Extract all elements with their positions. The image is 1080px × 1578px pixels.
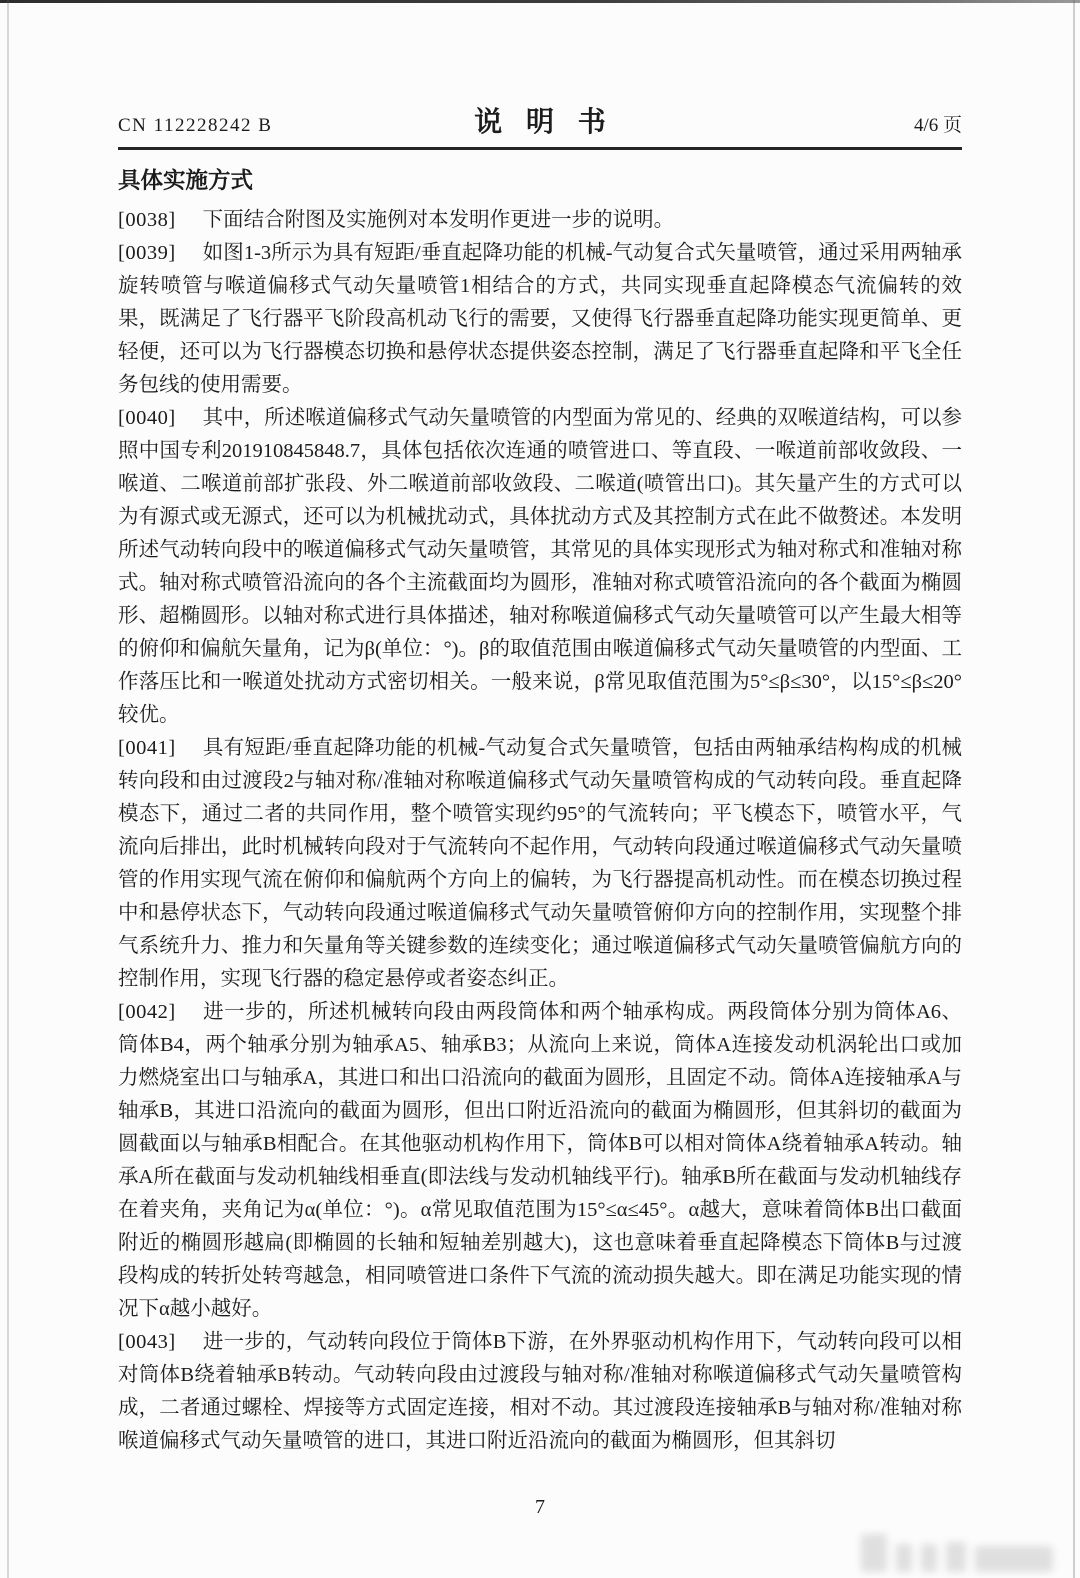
- paragraph-number: [0042]: [118, 996, 176, 1029]
- paragraph-0040: [0040]其中，所述喉道偏移式气动矢量喷管的内型面为常见的、经典的双喉道结构，…: [118, 402, 962, 732]
- watermark-blur: [861, 1528, 1066, 1572]
- paragraph-text: 其中，所述喉道偏移式气动矢量喷管的内型面为常见的、经典的双喉道结构，可以参照中国…: [118, 407, 962, 726]
- patent-document-page: CN 112228242 B 说明书 4/6 页 具体实施方式 [0038]下面…: [0, 0, 1080, 1578]
- watermark-mark: [861, 1534, 887, 1572]
- paragraph-0042: [0042]进一步的，所述机械转向段由两段筒体和两个轴承构成。两段筒体分别为筒体…: [118, 996, 962, 1326]
- paragraph-number: [0039]: [118, 237, 176, 270]
- paragraph-text: 下面结合附图及实施例对本发明作更进一步的说明。: [203, 209, 675, 231]
- watermark-mark: [975, 1546, 1053, 1572]
- paragraph-0041: [0041]具有短距/垂直起降功能的机械-气动复合式矢量喷管，包括由两轴承结构构…: [118, 732, 962, 996]
- page-content: CN 112228242 B 说明书 4/6 页 具体实施方式 [0038]下面…: [0, 0, 1080, 1519]
- paragraph-0039: [0039]如图1-3所示为具有短距/垂直起降功能的机械-气动复合式矢量喷管，通…: [118, 237, 962, 402]
- paragraph-number: [0041]: [118, 732, 176, 765]
- page-indicator: 4/6 页: [606, 110, 962, 137]
- watermark-mark: [946, 1542, 966, 1572]
- header-rule: [118, 147, 962, 150]
- paragraph-number: [0040]: [118, 402, 176, 435]
- page-number: 7: [118, 1496, 962, 1519]
- watermark-mark: [896, 1544, 912, 1572]
- paragraph-0038: [0038]下面结合附图及实施例对本发明作更进一步的说明。: [118, 204, 962, 237]
- paragraph-0043: [0043]进一步的，气动转向段位于筒体B下游，在外界驱动机构作用下，气动转向段…: [118, 1326, 962, 1458]
- section-heading: 具体实施方式: [118, 163, 962, 195]
- paragraph-number: [0038]: [118, 204, 176, 237]
- paragraph-text: 具有短距/垂直起降功能的机械-气动复合式矢量喷管，包括由两轴承结构构成的机械转向…: [118, 737, 962, 990]
- paragraph-text: 如图1-3所示为具有短距/垂直起降功能的机械-气动复合式矢量喷管，通过采用两轴承…: [118, 242, 962, 396]
- document-number: CN 112228242 B: [118, 115, 474, 137]
- paragraph-text: 进一步的，所述机械转向段由两段筒体和两个轴承构成。两段筒体分别为筒体A6、筒体B…: [118, 1001, 962, 1320]
- paragraph-text: 进一步的，气动转向段位于筒体B下游，在外界驱动机构作用下，气动转向段可以相对筒体…: [118, 1331, 962, 1452]
- page-header: CN 112228242 B 说明书 4/6 页: [118, 100, 962, 140]
- paragraph-number: [0043]: [118, 1326, 176, 1359]
- watermark-mark: [921, 1544, 937, 1572]
